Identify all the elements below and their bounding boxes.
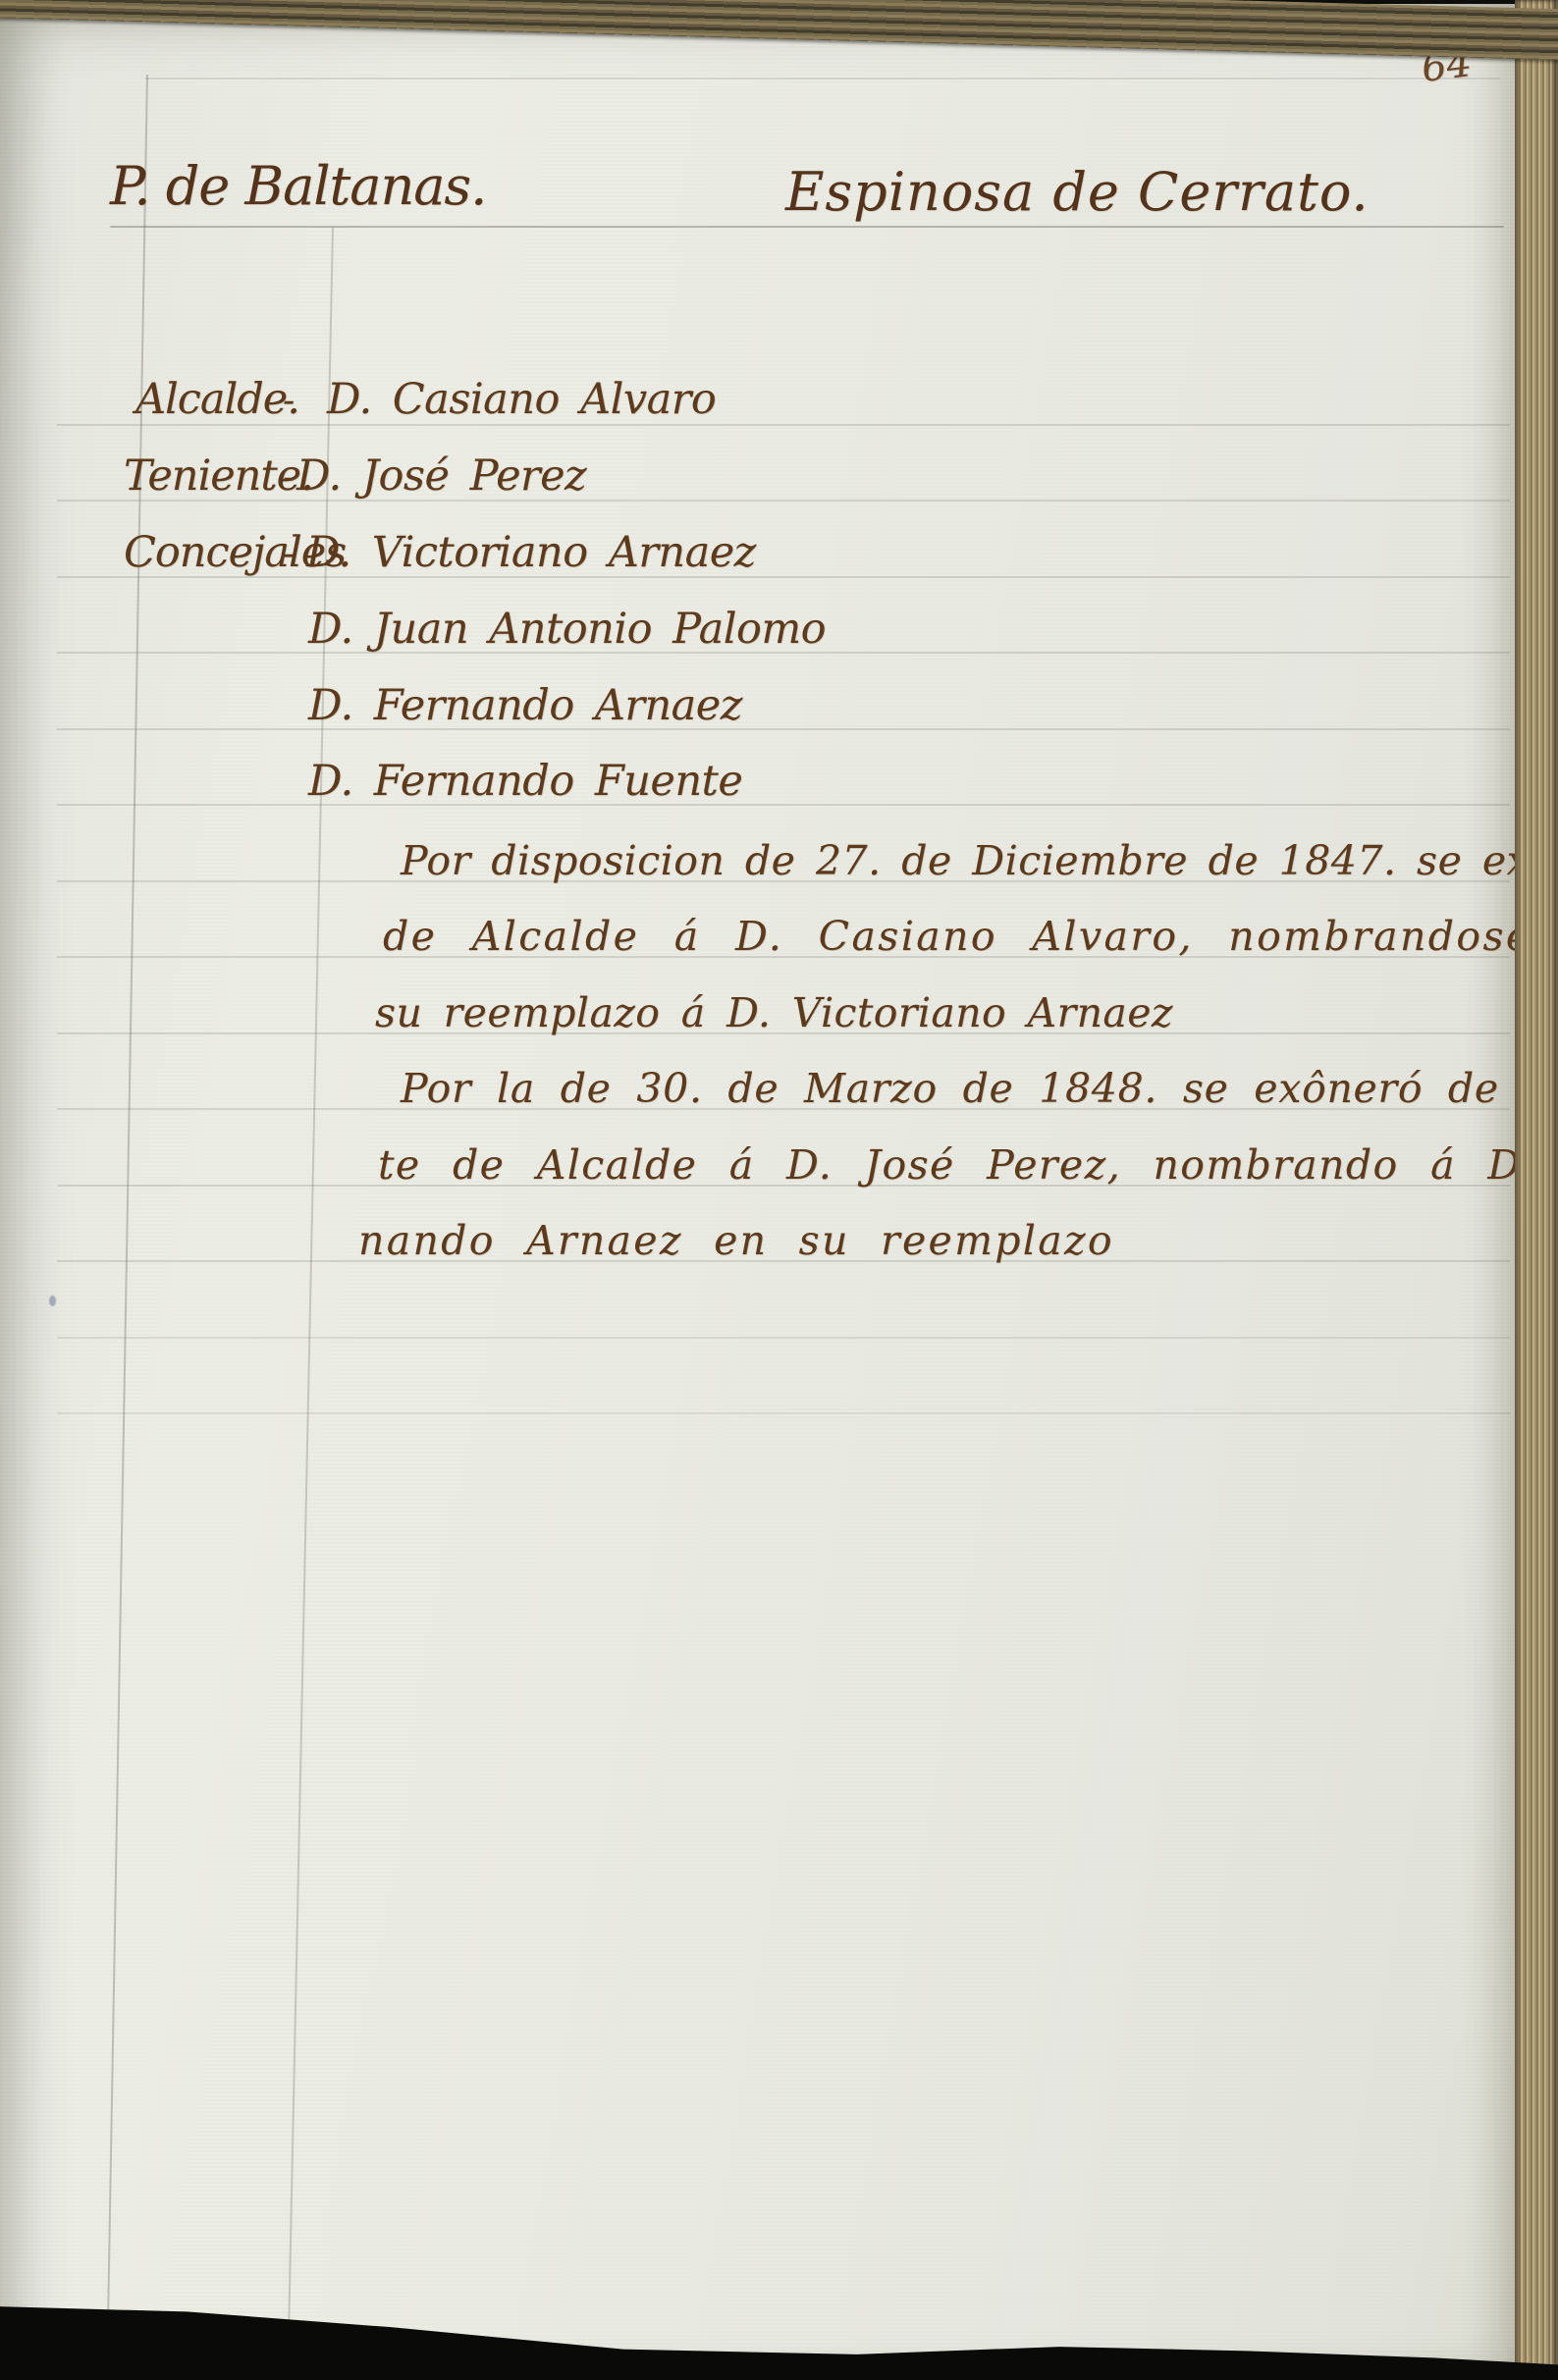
paper-sheet: 64 P. de Baltanas. Espinosa de Cerrato. … (0, 4, 1518, 2380)
connector-dash: - (283, 534, 296, 574)
roster-row: Alcalde. - D. Casiano Alvaro (0, 375, 1512, 436)
page-stack-right-edge (1515, 0, 1558, 2380)
note-line: Por la de 30. de Marzo de 1848. se exône… (401, 1065, 1558, 1112)
section-title-right: Espinosa de Cerrato. (785, 161, 1370, 223)
note-line: su reemplazo á D. Victoriano Arnaez (375, 989, 1173, 1036)
office-label: Alcalde. (135, 375, 299, 424)
roster-row: D. Juan Antonio Palomo (0, 605, 1512, 665)
ruled-line-horizontal (57, 1412, 1510, 1414)
note-line: de Alcalde á D. Casiano Alvaro, nombrand… (383, 913, 1558, 960)
roster-row: D. Fernando Fuente (0, 757, 1512, 818)
officer-name: D. Fernando Fuente (308, 757, 742, 806)
officer-name: D. Casiano Alvaro (327, 375, 716, 424)
ruled-line-horizontal (57, 1337, 1510, 1339)
officer-name: D. Fernando Arnaez (308, 681, 742, 730)
section-title-left: P. de Baltanas. (110, 155, 486, 217)
ruled-line-header (110, 226, 1504, 228)
roster-row: D. Fernando Arnaez (0, 681, 1512, 742)
officer-name: D. Victoriano Arnaez (306, 528, 756, 577)
note-line: Por disposicion de 27. de Diciembre de 1… (401, 837, 1558, 884)
officer-name: D. Juan Antonio Palomo (308, 605, 826, 654)
ink-dot (49, 1296, 56, 1306)
manuscript-scan: 64 P. de Baltanas. Espinosa de Cerrato. … (0, 0, 1558, 2380)
connector-dash: - (283, 457, 296, 498)
note-line: nando Arnaez en su reemplazo (358, 1217, 1114, 1264)
roster-row: Teniente. - D. José Perez (0, 451, 1512, 512)
note-line: te de Alcalde á D. José Perez, nombrando… (378, 1141, 1558, 1189)
officer-name: D. José Perez (296, 451, 586, 501)
ruled-line-top-margin (145, 78, 1500, 79)
connector-dash: - (283, 381, 296, 421)
roster-row: Concejales - D. Victoriano Arnaez (0, 528, 1512, 589)
